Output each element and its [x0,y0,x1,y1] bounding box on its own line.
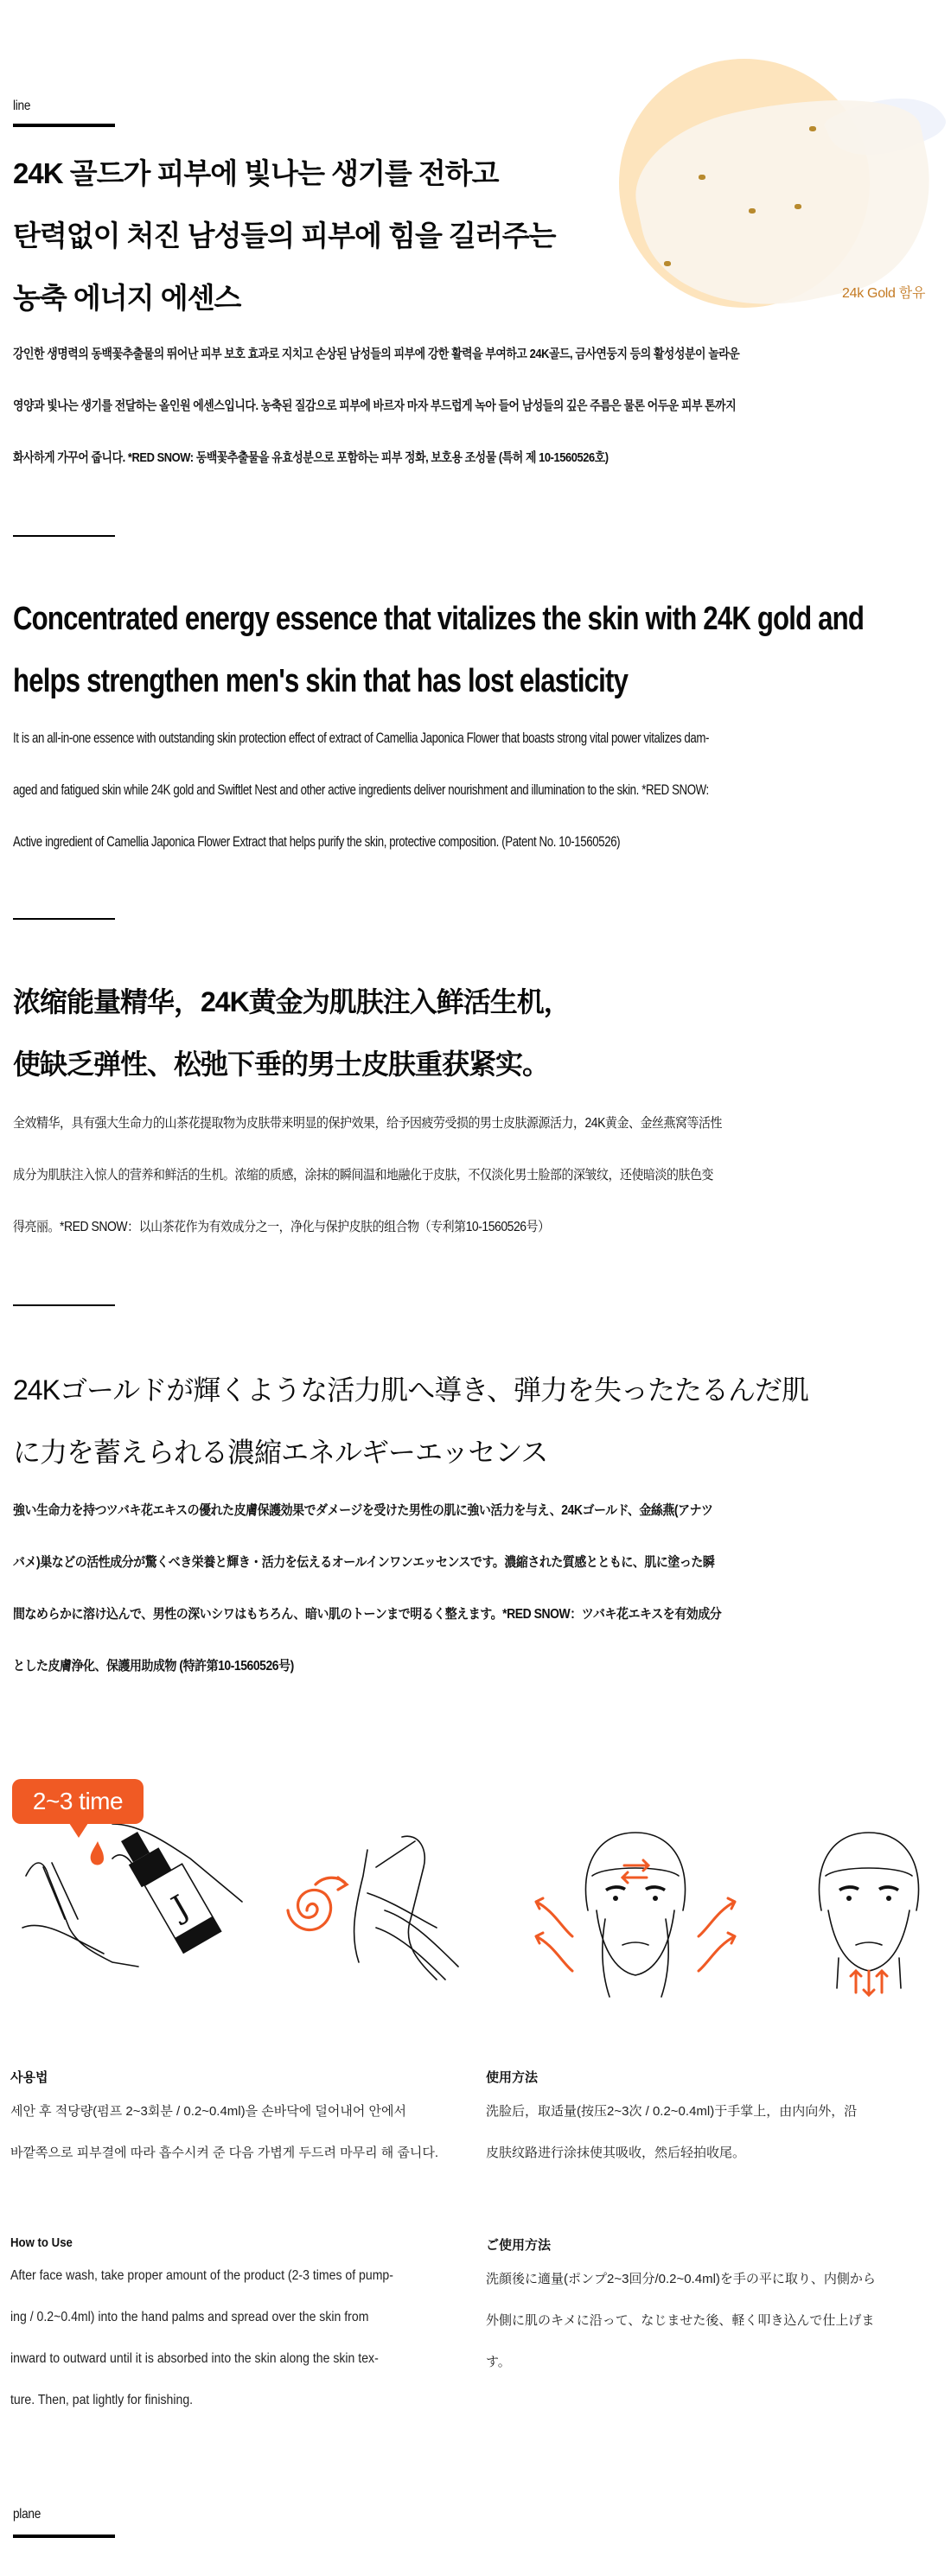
body-line: aged and fatigued skin while 24K gold an… [13,764,709,816]
how-to-title: 사용법 [10,2068,438,2086]
body-line: 세안 후 적당량(펌프 2~3회분 / 0.2~0.4ml)을 손바닥에 덜어내… [10,2091,438,2133]
body-line: 영양과 빛나는 생기를 전달하는 올인원 에센스입니다. 농축된 질감으로 피부… [13,380,739,432]
how-to-body: 세안 후 적당량(펌프 2~3회분 / 0.2~0.4ml)을 손바닥에 덜어내… [10,2091,438,2174]
body-line: ture. Then, pat lightly for finishing. [10,2380,393,2421]
headline-line: に力を蓄えられる濃縮エネルギーエッセンス [13,1421,808,1483]
section-divider [13,535,115,537]
chinese-headline: 浓缩能量精华，24K黄金为肌肤注入鲜活生机， 使缺乏弹性、松弛下垂的男士皮肤重获… [13,971,571,1095]
english-body: It is an all-in-one essence with outstan… [13,712,709,868]
headline-line: 24Kゴールドが輝くような活力肌へ導き、弾力を失ったたるんだ肌 [13,1359,808,1421]
body-line: 洗脸后，取适量(按压2~3次 / 0.2~0.4ml)于手掌上，由内向外，沿 [486,2091,857,2133]
body-line: 강인한 생명력의 동백꽃추출물의 뛰어난 피부 보호 효과로 지치고 손상된 남… [13,328,739,380]
how-to-title: How to Use [10,2235,393,2250]
body-line: Active ingredient of Camellia Japonica F… [13,816,709,868]
body-line: 強い生命力を持つツバキ花エキスの優れた皮膚保護効果でダメージを受けた男性の肌に強… [13,1485,721,1537]
body-line: 洗顔後に適量(ポンプ2~3回分/0.2~0.4ml)を手の平に取り、内側から [486,2259,876,2300]
gold-caption: 24k Gold 함유 [842,282,925,302]
section-label-underline [13,124,115,127]
headline-line: helps strengthen men's skin that has los… [13,650,864,712]
gold-fleck [809,126,816,131]
how-to-body: 洗顔後に適量(ポンプ2~3回分/0.2~0.4ml)を手の平に取り、内側から 外… [486,2259,876,2383]
body-line: 間なめらかに溶け込んで、男性の深いシワはもちろん、暗い肌のトーンまで明るく整えま… [13,1589,721,1641]
body-line: バメ)巣などの活性成分が驚くべき栄養と輝き・活力を伝えるオールインワンエッセンス… [13,1537,721,1589]
korean-body: 강인한 생명력의 동백꽃추출물의 뛰어난 피부 보호 효과로 지치고 손상된 남… [13,328,739,484]
gold-fleck [749,208,756,214]
gold-fleck [664,261,671,266]
japanese-body: 強い生命力を持つツバキ花エキスの優れた皮膚保護効果でダメージを受けた男性の肌に強… [13,1485,721,1693]
headline-line: 탄력없이 처진 남성들의 피부에 힘을 길러주는 [13,205,556,267]
body-line: 全效精华，具有强大生命力的山茶花提取物为皮肤带来明显的保护效果，给予因疲劳受损的… [13,1098,722,1150]
section-label-plane: plane [13,2507,41,2522]
how-to-body: 洗脸后，取适量(按压2~3次 / 0.2~0.4ml)于手掌上，由内向外，沿 皮… [486,2091,857,2174]
section-divider [13,1304,115,1306]
headline-line: 24K 골드가 피부에 빛나는 생기를 전하고 [13,143,556,205]
how-to-english: How to Use After face wash, take proper … [10,2235,445,2421]
body-line: す。 [486,2342,876,2383]
body-line: inward to outward until it is absorbed i… [10,2338,393,2380]
how-to-title: 使用方法 [486,2068,857,2086]
headline-line: 使缺乏弹性、松弛下垂的男士皮肤重获紧实。 [13,1033,571,1095]
headline-line: Concentrated energy essence that vitaliz… [13,588,864,650]
pat-neck-up-down-icon [804,1815,934,1997]
how-to-japanese: ご使用方法 洗顔後に適量(ポンプ2~3回分/0.2~0.4ml)を手の平に取り、… [486,2235,876,2383]
gold-fleck [795,204,801,209]
japanese-headline: 24Kゴールドが輝くような活力肌へ導き、弾力を失ったたるんだ肌 に力を蓄えられる… [13,1359,808,1483]
body-line: とした皮膚浄化、保護用助成物 (特許第10-1560526号) [13,1641,721,1693]
how-to-chinese: 使用方法 洗脸后，取适量(按压2~3次 / 0.2~0.4ml)于手掌上，由内向… [486,2068,857,2174]
spread-face-outward-icon [519,1815,752,2005]
body-line: It is an all-in-one essence with outstan… [13,712,709,764]
body-line: ing / 0.2~0.4ml) into the hand palms and… [10,2297,393,2338]
body-line: After face wash, take proper amount of t… [10,2255,393,2297]
korean-headline: 24K 골드가 피부에 빛나는 생기를 전하고 탄력없이 처진 남성들의 피부에… [13,143,556,329]
how-to-korean: 사용법 세안 후 적당량(펌프 2~3회분 / 0.2~0.4ml)을 손바닥에… [10,2068,438,2174]
gold-fleck [699,175,705,180]
body-line: 成分为肌肤注入惊人的营养和鲜活的生机。浓缩的质感，涂抹的瞬间温和地融化于皮肤，不… [13,1150,722,1202]
rub-hands-spiral-icon [281,1815,480,1988]
english-headline: Concentrated energy essence that vitaliz… [13,588,864,712]
body-line: 得亮丽。*RED SNOW：以山茶花作为有效成分之一，净化与保护皮肤的组合物（专… [13,1202,722,1253]
pump-into-palm-icon: J [17,1824,251,1988]
how-to-body: After face wash, take proper amount of t… [10,2255,393,2421]
section-divider [13,918,115,920]
body-line: 화사하게 가꾸어 줍니다. *RED SNOW: 동백꽃추출물을 유효성분으로 … [13,432,739,484]
body-line: 皮肤纹路进行涂抹使其吸收，然后轻拍收尾。 [486,2133,857,2174]
chinese-body: 全效精华，具有强大生命力的山茶花提取物为皮肤带来明显的保护效果，给予因疲劳受损的… [13,1098,722,1253]
how-to-title: ご使用方法 [486,2235,876,2254]
pump-count-badge: 2~3 time [12,1779,144,1824]
body-line: 外側に肌のキメに沿って、なじませた後、軽く叩き込んで仕上げま [486,2300,876,2342]
headline-line: 농축 에너지 에센스 [13,267,556,329]
section-label-underline [13,2535,115,2538]
headline-line: 浓缩能量精华，24K黄金为肌肤注入鲜活生机， [13,971,571,1033]
body-line: 바깥쪽으로 피부결에 따라 흡수시켜 준 다음 가볍게 두드려 마무리 해 줍니… [10,2133,438,2174]
section-label-line: line [13,99,30,114]
